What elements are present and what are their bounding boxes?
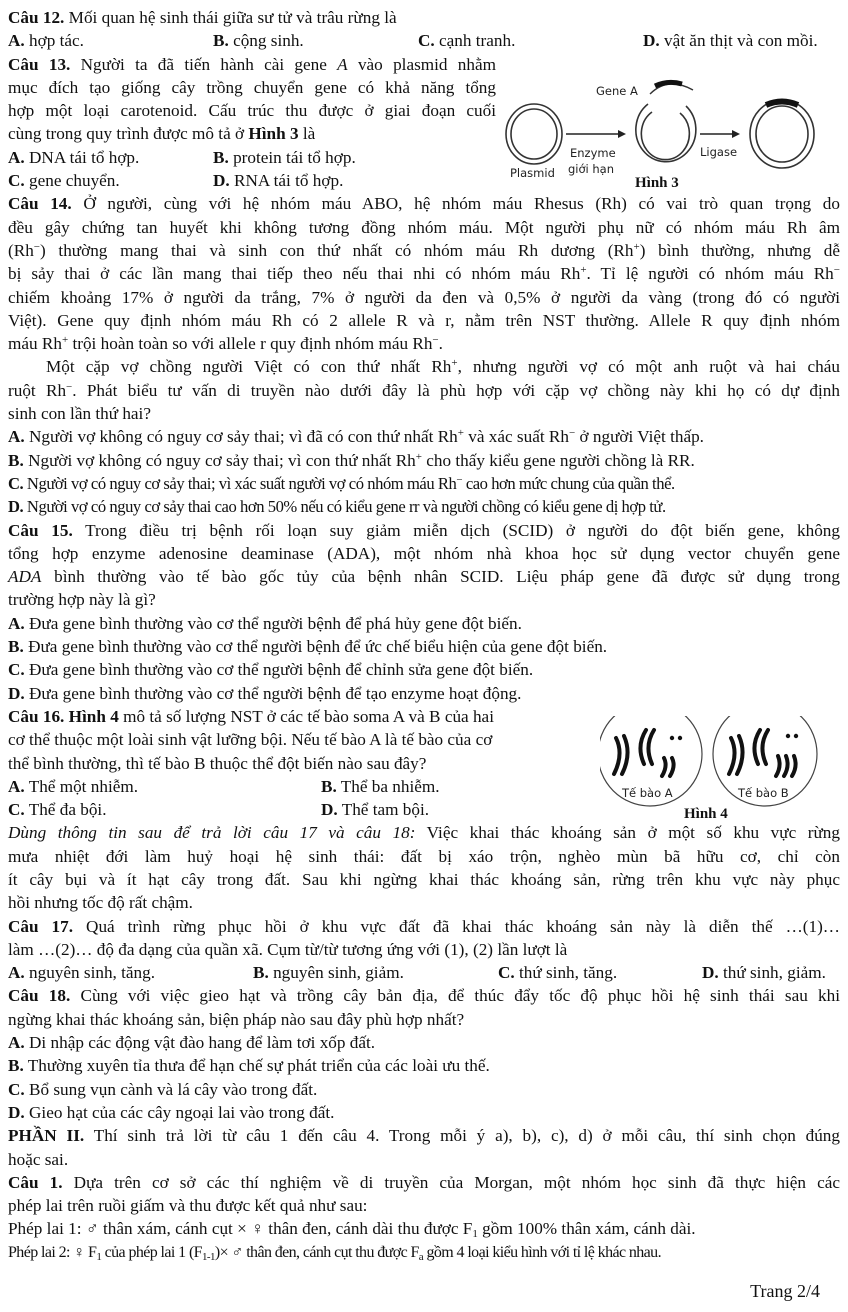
q17-stem: Câu 17. Quá trình rừng phục hồi ở khu vự… [8, 915, 840, 962]
ligase-label: Ligase [700, 141, 737, 164]
q12-option-c: C. cạnh tranh. [418, 29, 643, 52]
cell-b-label: Tế bào B [738, 782, 789, 805]
p2q1-cross-1: Phép lai 1: ♂ thân xám, cánh cụt × ♀ thâ… [8, 1217, 840, 1240]
figure-4-caption: Hình 4 [684, 803, 728, 826]
cell-a-label: Tế bào A [622, 782, 673, 805]
figure-4-chromosome-cells: Tế bào A Tế bào B Hình 4 [600, 716, 848, 836]
q12-option-a: A. hợp tác. [8, 29, 213, 52]
q16-option-d: D. Thể tam bội. [321, 798, 621, 821]
q16-option-b: B. Thể ba nhiễm. [321, 775, 621, 798]
q16-option-c: C. Thể đa bội. [8, 798, 321, 821]
q17-option-a: A. nguyên sinh, tăng. [8, 961, 253, 984]
q15-option-d: D. Đưa gene bình thường vào cơ thể người… [8, 682, 840, 705]
q12-option-d: D. vật ăn thịt và con mồi. [643, 29, 840, 52]
q18-stem: Câu 18. Cùng với việc gieo hạt và trồng … [8, 984, 840, 1031]
enzyme-label-2: giới hạn [568, 158, 614, 181]
q12-option-b: B. cộng sinh. [213, 29, 418, 52]
q17-option-d: D. thứ sinh, giảm. [702, 961, 840, 984]
part2-instructions: PHẦN II. Thí sinh trả lời từ câu 1 đến c… [8, 1124, 840, 1171]
q14-options: A. Người vợ không có nguy cơ sảy thai; v… [8, 425, 840, 518]
q12-options: A. hợp tác. B. cộng sinh. C. cạnh tranh.… [8, 29, 840, 52]
plasmid-label: Plasmid [510, 162, 555, 185]
p2q1-stem: Câu 1. Dựa trên cơ sở các thí nghiệm về … [8, 1171, 840, 1264]
figure-3-plasmid-diagram: Gene A Plasmid Enzyme giới hạn Ligase Hì… [500, 74, 848, 200]
q14-option-b: B. Người vợ không có nguy cơ sảy thai; v… [8, 449, 840, 472]
q14-option-d: D. Người vợ có nguy cơ sảy thai cao hơn … [8, 495, 840, 518]
q15-option-b: B. Đưa gene bình thường vào cơ thể người… [8, 635, 840, 658]
q14-option-a: A. Người vợ không có nguy cơ sảy thai; v… [8, 425, 840, 448]
q17-options: A. nguyên sinh, tăng. B. nguyên sinh, gi… [8, 961, 840, 984]
q16-option-a: A. Thể một nhiễm. [8, 775, 321, 798]
q17-option-c: C. thứ sinh, tăng. [498, 961, 702, 984]
q13-option-d: D. RNA tái tổ hợp. [213, 169, 513, 192]
q13-option-a: A. DNA tái tổ hợp. [8, 146, 213, 169]
q18-option-b: B. Thường xuyên tỉa thưa để hạn chế sự p… [8, 1054, 840, 1077]
q15-option-c: C. Đưa gene bình thường vào cơ thể người… [8, 658, 840, 681]
q13-stem: Câu 13. Người ta đã tiến hành cài gene A… [8, 53, 496, 146]
figure-3-caption: Hình 3 [635, 172, 679, 195]
q15-options: A. Đưa gene bình thường vào cơ thể người… [8, 612, 840, 705]
q13-option-c: C. gene chuyển. [8, 169, 213, 192]
q12-stem: Câu 12. Mối quan hệ sinh thái giữa sư tử… [8, 6, 840, 29]
page-number: Trang 2/4 [750, 1280, 820, 1303]
q13-option-b: B. protein tái tổ hợp. [213, 146, 513, 169]
q18-option-c: C. Bổ sung vụn cành và lá cây vào trong … [8, 1078, 840, 1101]
q18-option-d: D. Gieo hạt của các cây ngoại lai vào tr… [8, 1101, 840, 1124]
q18-option-a: A. Di nhập các động vật đào hang để làm … [8, 1031, 840, 1054]
gene-a-label: Gene A [596, 80, 638, 103]
p2q1-cross-2: Phép lai 2: ♀ F1 của phép lai 1 (F1-1)× … [8, 1241, 840, 1264]
q18-options: A. Di nhập các động vật đào hang để làm … [8, 1031, 840, 1124]
q14-stem: Câu 14. Ở người, cùng với hệ nhóm máu AB… [8, 192, 840, 425]
q14-option-c: C. Người vợ có nguy cơ sảy thai; vì xác … [8, 472, 840, 495]
q15-stem: Câu 15. Trong điều trị bệnh rối loạn suy… [8, 519, 840, 612]
q16-stem: Câu 16. Hình 4 mô tả số lượng NST ở các … [8, 705, 658, 775]
q17-option-b: B. nguyên sinh, giảm. [253, 961, 498, 984]
q15-option-a: A. Đưa gene bình thường vào cơ thể người… [8, 612, 840, 635]
